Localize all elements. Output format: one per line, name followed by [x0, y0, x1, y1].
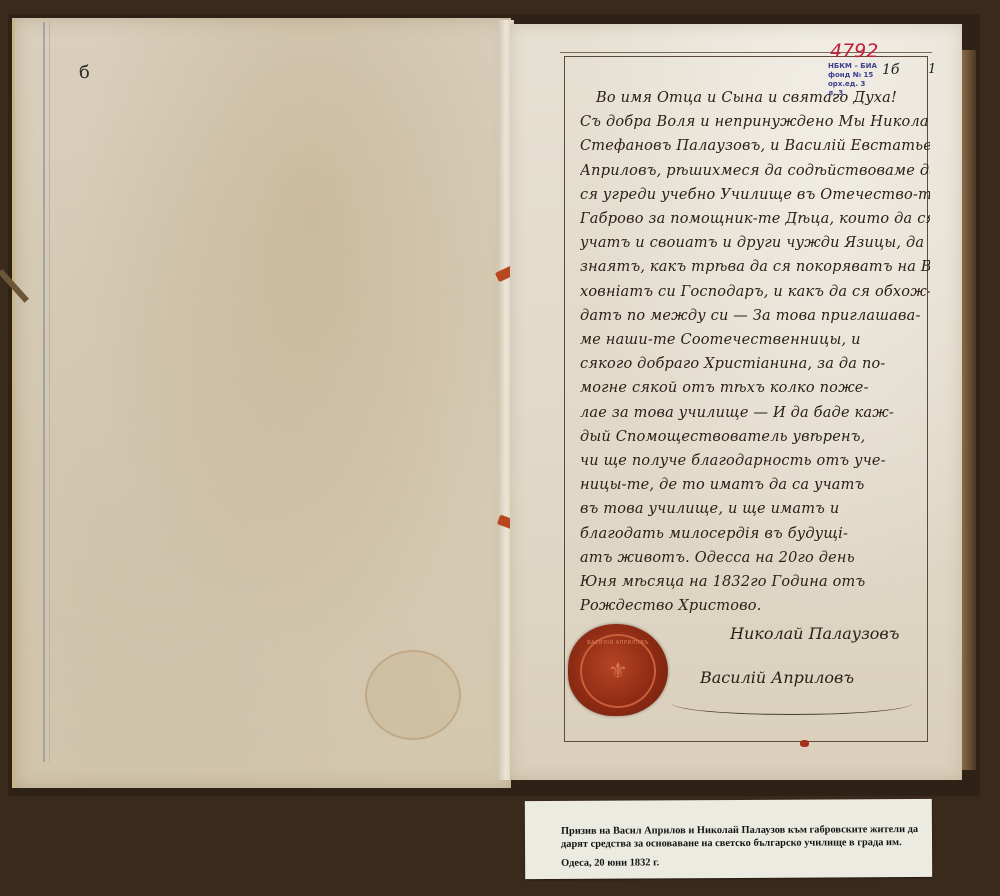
manuscript-line: сякого добраго Христіанина, за да по-	[580, 352, 930, 376]
manuscript-line: лае за това училище — И да баде каж-	[580, 401, 930, 425]
manuscript-line: ховніатъ си Господаръ, и какъ да ся обхо…	[580, 280, 930, 304]
left-page: б	[12, 18, 511, 788]
manuscript-line: Юня мѣсяца на 1832го Година отъ	[580, 570, 930, 594]
corner-number: 1	[928, 62, 936, 77]
seal-emblem-icon: ВАСИЛІЙ АПРИЛОВЪ ⚜	[580, 634, 656, 708]
manuscript-line: ницы-те, де то иматъ да са учатъ	[580, 473, 930, 497]
manuscript-line: благодать милосердія въ будущі-	[580, 522, 930, 546]
manuscript-line: Съ добра Воля и непринуждено Мы Николай	[580, 110, 930, 134]
stamp-line-1: НБКМ – БИА	[828, 62, 877, 71]
left-page-edge-line-inner	[49, 22, 50, 762]
manuscript-line: ме наши-те Соотечественницы, и	[580, 328, 930, 352]
caption-text: Призив на Васил Априлов и Николай Палауз…	[561, 823, 921, 851]
manuscript-line: Стефановъ Палаузовъ, и Василій Евстатьев…	[580, 134, 930, 158]
wax-drop	[800, 740, 809, 747]
manuscript-line: Рождество Христово.	[580, 594, 930, 618]
left-folio-mark: б	[79, 62, 90, 83]
fleur-emblem-icon: ⚜	[608, 659, 628, 684]
caption-date-place: Одеса, 20 юни 1832 г.	[561, 857, 659, 869]
manuscript-line: атъ животъ. Одесса на 20го день	[580, 546, 930, 570]
manuscript-line: учатъ и своиатъ и други чужди Язицы, да …	[580, 231, 930, 255]
manuscript-line: дый Спомоществователь увѣренъ,	[580, 425, 930, 449]
museum-caption-card: Призив на Васил Априлов и Николай Палауз…	[525, 799, 932, 879]
manuscript-line: Габрово за помощник-те Дѣца, които да ся	[580, 207, 930, 231]
signature-flourish	[672, 692, 912, 715]
manuscript-line: Во имя Отца и Сына и святаго Духа!	[580, 86, 930, 110]
seal-legend: ВАСИЛІЙ АПРИЛОВЪ	[582, 640, 654, 646]
manuscript-line: Априловъ, рѣшихмеся да содѣйствоваме да	[580, 159, 930, 183]
inventory-number: 4792	[830, 40, 878, 62]
manuscript-text: Во имя Отца и Сына и святаго Духа! Съ до…	[580, 86, 930, 618]
manuscript-line: могне сякой отъ тѣхъ колко поже-	[580, 376, 930, 400]
wax-seal: ВАСИЛІЙ АПРИЛОВЪ ⚜	[568, 624, 668, 716]
stamp-line-2: фонд № 15	[828, 71, 877, 80]
signature-aprilov: Василій Априловъ	[700, 668, 854, 687]
signature-palauzov: Николай Палаузовъ	[730, 624, 899, 643]
manuscript-line: въ това училище, и ще иматъ и	[580, 497, 930, 521]
manuscript-line: знаятъ, какъ трѣва да ся покоряватъ на В…	[580, 255, 930, 279]
folio-number: 1б	[882, 62, 899, 78]
manuscript-line: датъ по между си — За това приглашава-	[580, 304, 930, 328]
left-page-edge-line	[43, 22, 45, 762]
manuscript-line: чи ще получе благодарность отъ уче-	[580, 449, 930, 473]
seal-offset-stain	[365, 650, 461, 740]
manuscript-line: ся угреди учебно Училище въ Отечество-то…	[580, 183, 930, 207]
